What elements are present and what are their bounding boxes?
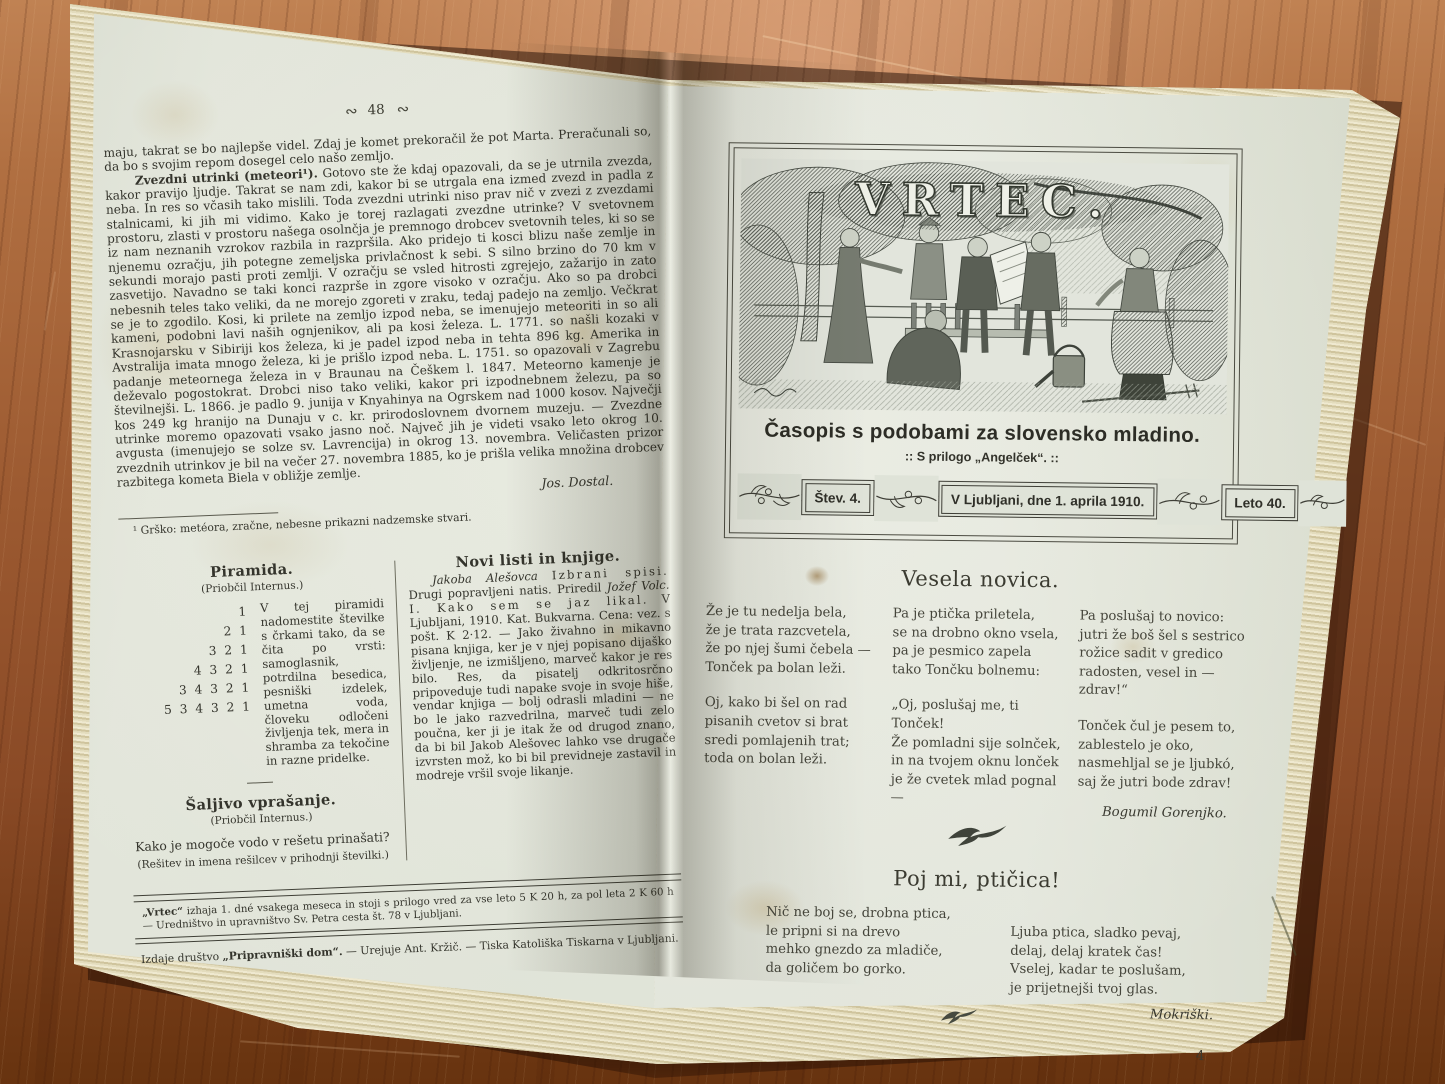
poem-stanza: Pa poslušaj to novico: jutri že boš šel … [1079, 608, 1254, 703]
poem-column-1: Že je tu nedelja bela, že je trata razcv… [703, 603, 880, 846]
poem-footer-row: Mokriški. [701, 1002, 1249, 1029]
wood-scratch [240, 1040, 460, 1057]
masthead-frame-inner: VRTEC. VRTEC. Časopis s podobami za slov… [729, 147, 1238, 539]
poem-column-2: Pa je ptička priletela, se na drobno okn… [890, 605, 1067, 848]
small-bird-illustration [939, 1005, 979, 1025]
photo-of-open-magazine: ∾ 48 ∾ maju, takrat se bo najlepše videl… [0, 0, 1445, 1084]
issue-date-band: Štev. 4. V Ljubljani, dne 1. aprila 1910… [737, 471, 1226, 527]
vine-ornament-icon [1157, 478, 1222, 525]
reviews-column: Novi listi in knjige. Jakoba Alešovca Iz… [407, 546, 680, 860]
right-page-content: VRTEC. VRTEC. Časopis s podobami za slov… [701, 118, 1260, 1065]
poem-stanza: Pa je ptička priletela, se na drobno okn… [892, 605, 1067, 681]
poem-column-3: Pa poslušaj to novico: jutri že boš šel … [1077, 608, 1254, 851]
puzzles-column: Piramida. (Priobčil Internus.) 1 2 1 3 2… [120, 557, 406, 872]
poj-mi-pticica-poem: Nič ne boj se, drobna ptica, le pripni s… [701, 903, 1250, 1001]
masthead-subtitle: Časopis s podobami za slovensko mladino. [738, 418, 1226, 448]
vine-ornament-icon [874, 475, 939, 522]
article-main-paragraph: Zvezdni utrinki (meteori¹). Gotovo ste ž… [105, 153, 665, 490]
left-page-content: ∾ 48 ∾ maju, takrat se bo najlepše videl… [102, 90, 684, 966]
date-box: V Ljubljani, dne 1. aprila 1910. [938, 481, 1158, 520]
header-ornament-left-icon: ∾ [345, 102, 356, 120]
meteor-article: maju, takrat se bo najlepše videl. Zdaj … [103, 124, 664, 490]
piramida-instructions: V tej piramidi nadomestite številke s čr… [260, 597, 391, 769]
issue-number-box: Štev. 4. [801, 479, 874, 516]
puzzle-and-reviews-columns: Piramida. (Priobčil Internus.) 1 2 1 3 2… [120, 546, 680, 872]
wood-scratch [44, 271, 56, 330]
poj-mi-pticica-title: Poj mi, ptičica! [703, 864, 1251, 895]
masthead-title: VRTEC. [854, 172, 1115, 228]
vesela-byline: Bogumil Gorenjko. [1077, 805, 1251, 822]
header-ornament-right-icon: ∾ [396, 100, 407, 118]
number-pyramid: 1 2 1 3 2 1 4 3 2 1 3 4 3 2 1 5 3 4 3 2 … [122, 602, 267, 774]
poem-stanza: Ljuba ptica, sladko pevaj, delaj, delaj … [1010, 924, 1187, 1001]
vine-ornament-icon [737, 473, 802, 520]
poj-byline: Mokriški. [1150, 1008, 1213, 1024]
section-divider-rule [247, 782, 273, 784]
volume-box: Leto 40. [1221, 484, 1299, 521]
vesela-novica-poem: Že je tu nedelja bela, že je trata razcv… [703, 603, 1254, 851]
review-rest: V Ljubljani, 1910. Kat. Bukvarna. Cena: … [409, 592, 676, 783]
vesela-novica-title: Vesela novica. [706, 564, 1254, 595]
poem-stanza: Že je tu nedelja bela, že je trata razcv… [705, 603, 880, 679]
poem-stanza: Tonček čul je pesem to, zablestelo je ok… [1078, 717, 1253, 793]
book-review: Jakoba Alešovca Izbrani spisi. Drugi pop… [408, 565, 677, 784]
masthead-frame: VRTEC. VRTEC. Časopis s podobami za slov… [724, 142, 1243, 544]
article-footnote: ¹ Grško: metéora, zračne, nebesne prikaz… [133, 503, 667, 537]
poem-stanza: Oj, kako bi šel on rad pisanih cvetov si… [704, 694, 879, 770]
vine-ornament-icon [1298, 480, 1347, 527]
magazine-name: „Vrtec“ [142, 905, 183, 919]
poem-stanza: „Oj, poslušaj me, ti Tonček! Že pomladni… [890, 697, 1066, 811]
masthead-illustration: VRTEC. VRTEC. [738, 155, 1229, 417]
left-page-number: 48 [367, 102, 385, 119]
masthead-supplement-note: :: S prilogo „Angelček“. :: [738, 447, 1226, 467]
swallow-illustration [946, 821, 1008, 848]
poem-stanza: Nič ne boj se, drobna ptica, le pripni s… [765, 904, 951, 998]
piramida-body: 1 2 1 3 2 1 4 3 2 1 3 4 3 2 1 5 3 4 3 2 … [122, 597, 390, 774]
article-body: Gotovo ste že kdaj opazovali, da se je u… [105, 153, 664, 490]
